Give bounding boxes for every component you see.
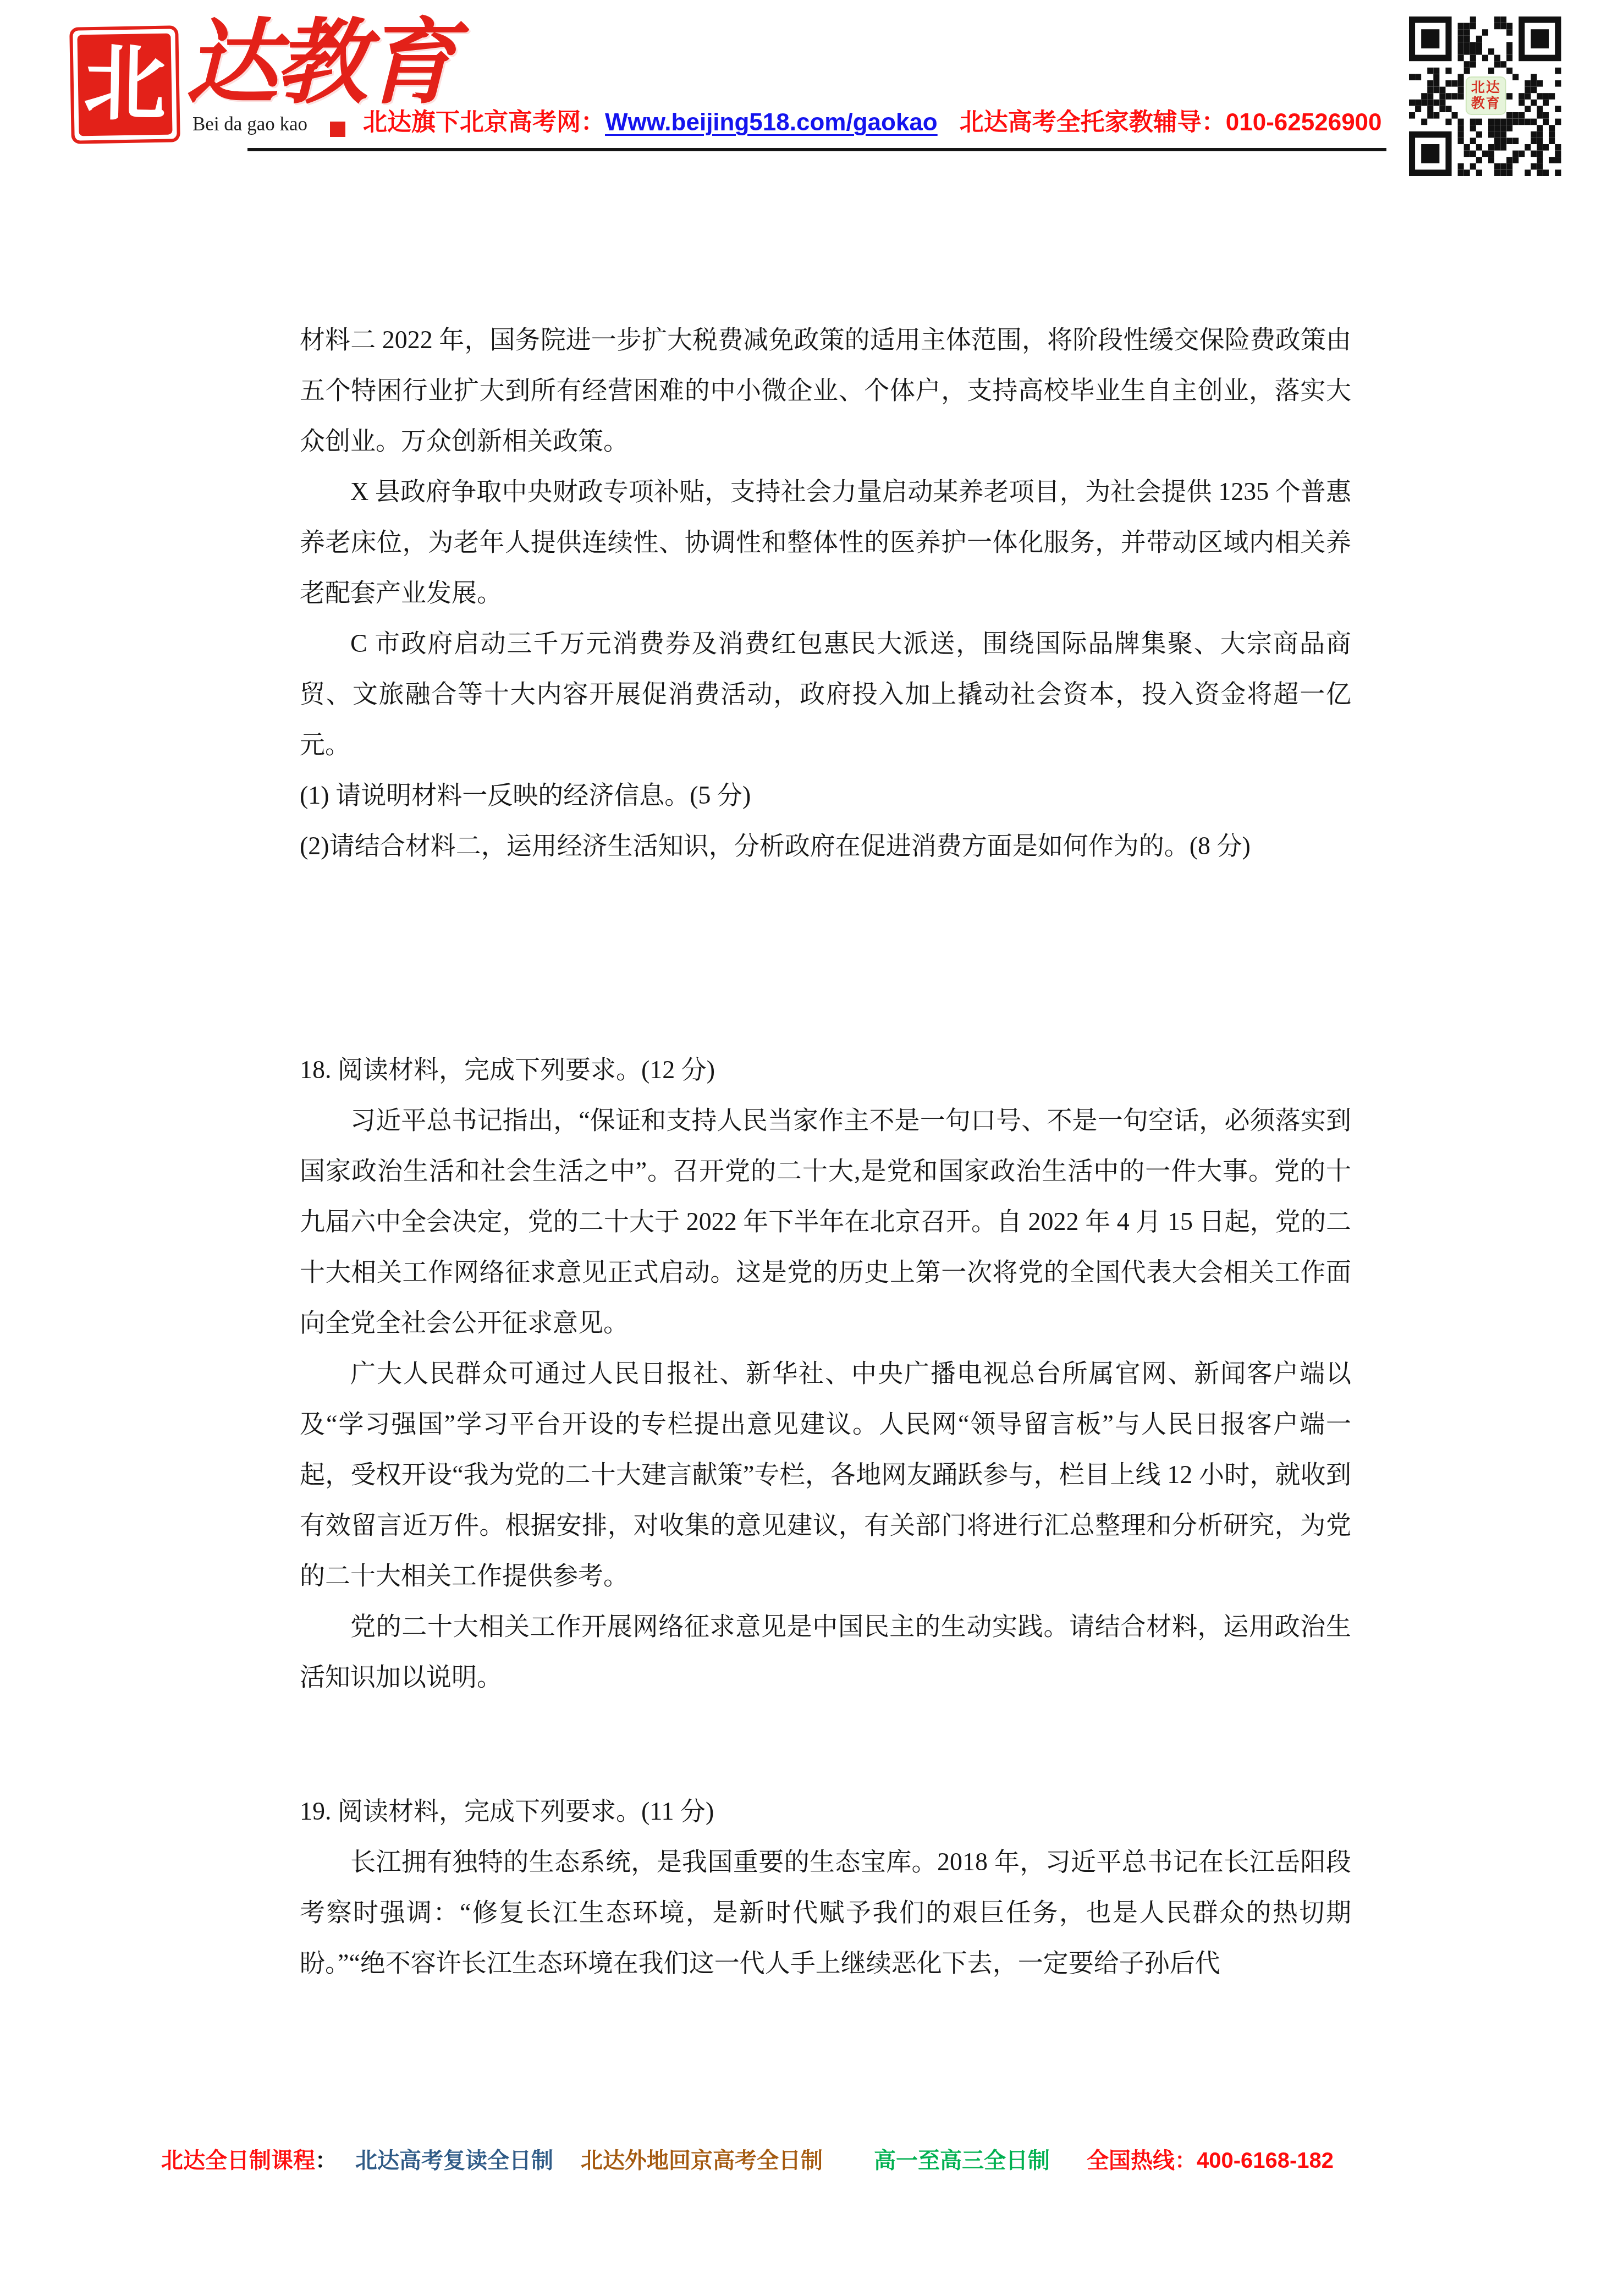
paragraph: 广大人民群众可通过人民日报社、新华社、中央广播电视总台所属官网、新闻客户端以及“… bbox=[300, 1348, 1351, 1601]
site-link[interactable]: Www.beijing518.com/gaokao bbox=[605, 109, 938, 136]
paragraph: (1) 请说明材料一反映的经济信息。(5 分) bbox=[300, 770, 1351, 821]
paragraph: (2)请结合材料二，运用经济生活知识，分析政府在促进消费方面是如何作为的。(8 … bbox=[300, 821, 1351, 871]
qr-code: 北达 教育 bbox=[1409, 17, 1561, 176]
footer-segment: 高一至高三全日制 bbox=[874, 2147, 1050, 2174]
red-square-bullet bbox=[330, 122, 345, 137]
brand-script-text: 达教育 bbox=[186, 9, 483, 119]
footer: 北达全日制课程：北达高考复读全日制北达外地回京高考全日制高一至高三全日制全国热线… bbox=[161, 2147, 1334, 2178]
footer-segment: 全国热线：400-6168-182 bbox=[1087, 2147, 1334, 2174]
paragraph: 党的二十大相关工作开展网络征求意见是中国民主的生动实践。请结合材料，运用政治生活… bbox=[300, 1601, 1351, 1702]
brand-pinyin: Bei da gao kao bbox=[192, 113, 307, 135]
seal-character: 北 bbox=[83, 43, 167, 127]
qr-label-line1: 北达 bbox=[1471, 80, 1501, 96]
seal-inner-block: 北 bbox=[77, 34, 172, 136]
footer-segment: 北达外地回京高考全日制 bbox=[581, 2147, 823, 2174]
paragraph: C 市政府启动三千万元消费券及消费红包惠民大派送，围绕国际品牌集聚、大宗商品商贸… bbox=[300, 618, 1351, 770]
qr-label-line2: 教育 bbox=[1471, 96, 1501, 112]
document-page: 北 达教育 Bei da gao kao 北达旗下北京高考网：Www.beiji… bbox=[0, 0, 1624, 2274]
header-tagline: 北达旗下北京高考网：Www.beijing518.com/gaokao北达高考全… bbox=[363, 108, 1382, 141]
question-heading: 18. 阅读材料，完成下列要求。(12 分) bbox=[300, 1045, 1351, 1095]
site-label: 北达旗下北京高考网： bbox=[363, 109, 605, 136]
tutor-label: 北达高考全托家教辅导： bbox=[960, 109, 1226, 136]
paragraph: 材料二 2022 年，国务院进一步扩大税费减免政策的适用主体范围，将阶段性缓交保… bbox=[300, 315, 1351, 466]
brand-seal-logo: 北 bbox=[69, 25, 180, 144]
footer-segment: 北达全日制课程 bbox=[161, 2147, 315, 2174]
paragraph: X 县政府争取中央财政专项补贴，支持社会力量启动某养老项目，为社会提供 1235… bbox=[300, 466, 1351, 618]
header-divider bbox=[247, 148, 1386, 151]
section-gap bbox=[300, 871, 1351, 1045]
document-body: 材料二 2022 年，国务院进一步扩大税费减免政策的适用主体范围，将阶段性缓交保… bbox=[300, 315, 1351, 1989]
section-gap bbox=[300, 1702, 1351, 1786]
footer-segment: 北达高考复读全日制 bbox=[355, 2147, 553, 2174]
paragraph: 习近平总书记指出，“保证和支持人民当家作主不是一句口号、不是一句空话，必须落实到… bbox=[300, 1095, 1351, 1348]
paragraph: 长江拥有独特的生态系统，是我国重要的生态宝库。2018 年，习近平总书记在长江岳… bbox=[300, 1837, 1351, 1989]
footer-segment: ： bbox=[315, 2147, 337, 2174]
tutor-phone: 010-62526900 bbox=[1226, 109, 1382, 136]
question-heading: 19. 阅读材料，完成下列要求。(11 分) bbox=[300, 1786, 1351, 1837]
qr-center-label: 北达 教育 bbox=[1466, 76, 1506, 115]
